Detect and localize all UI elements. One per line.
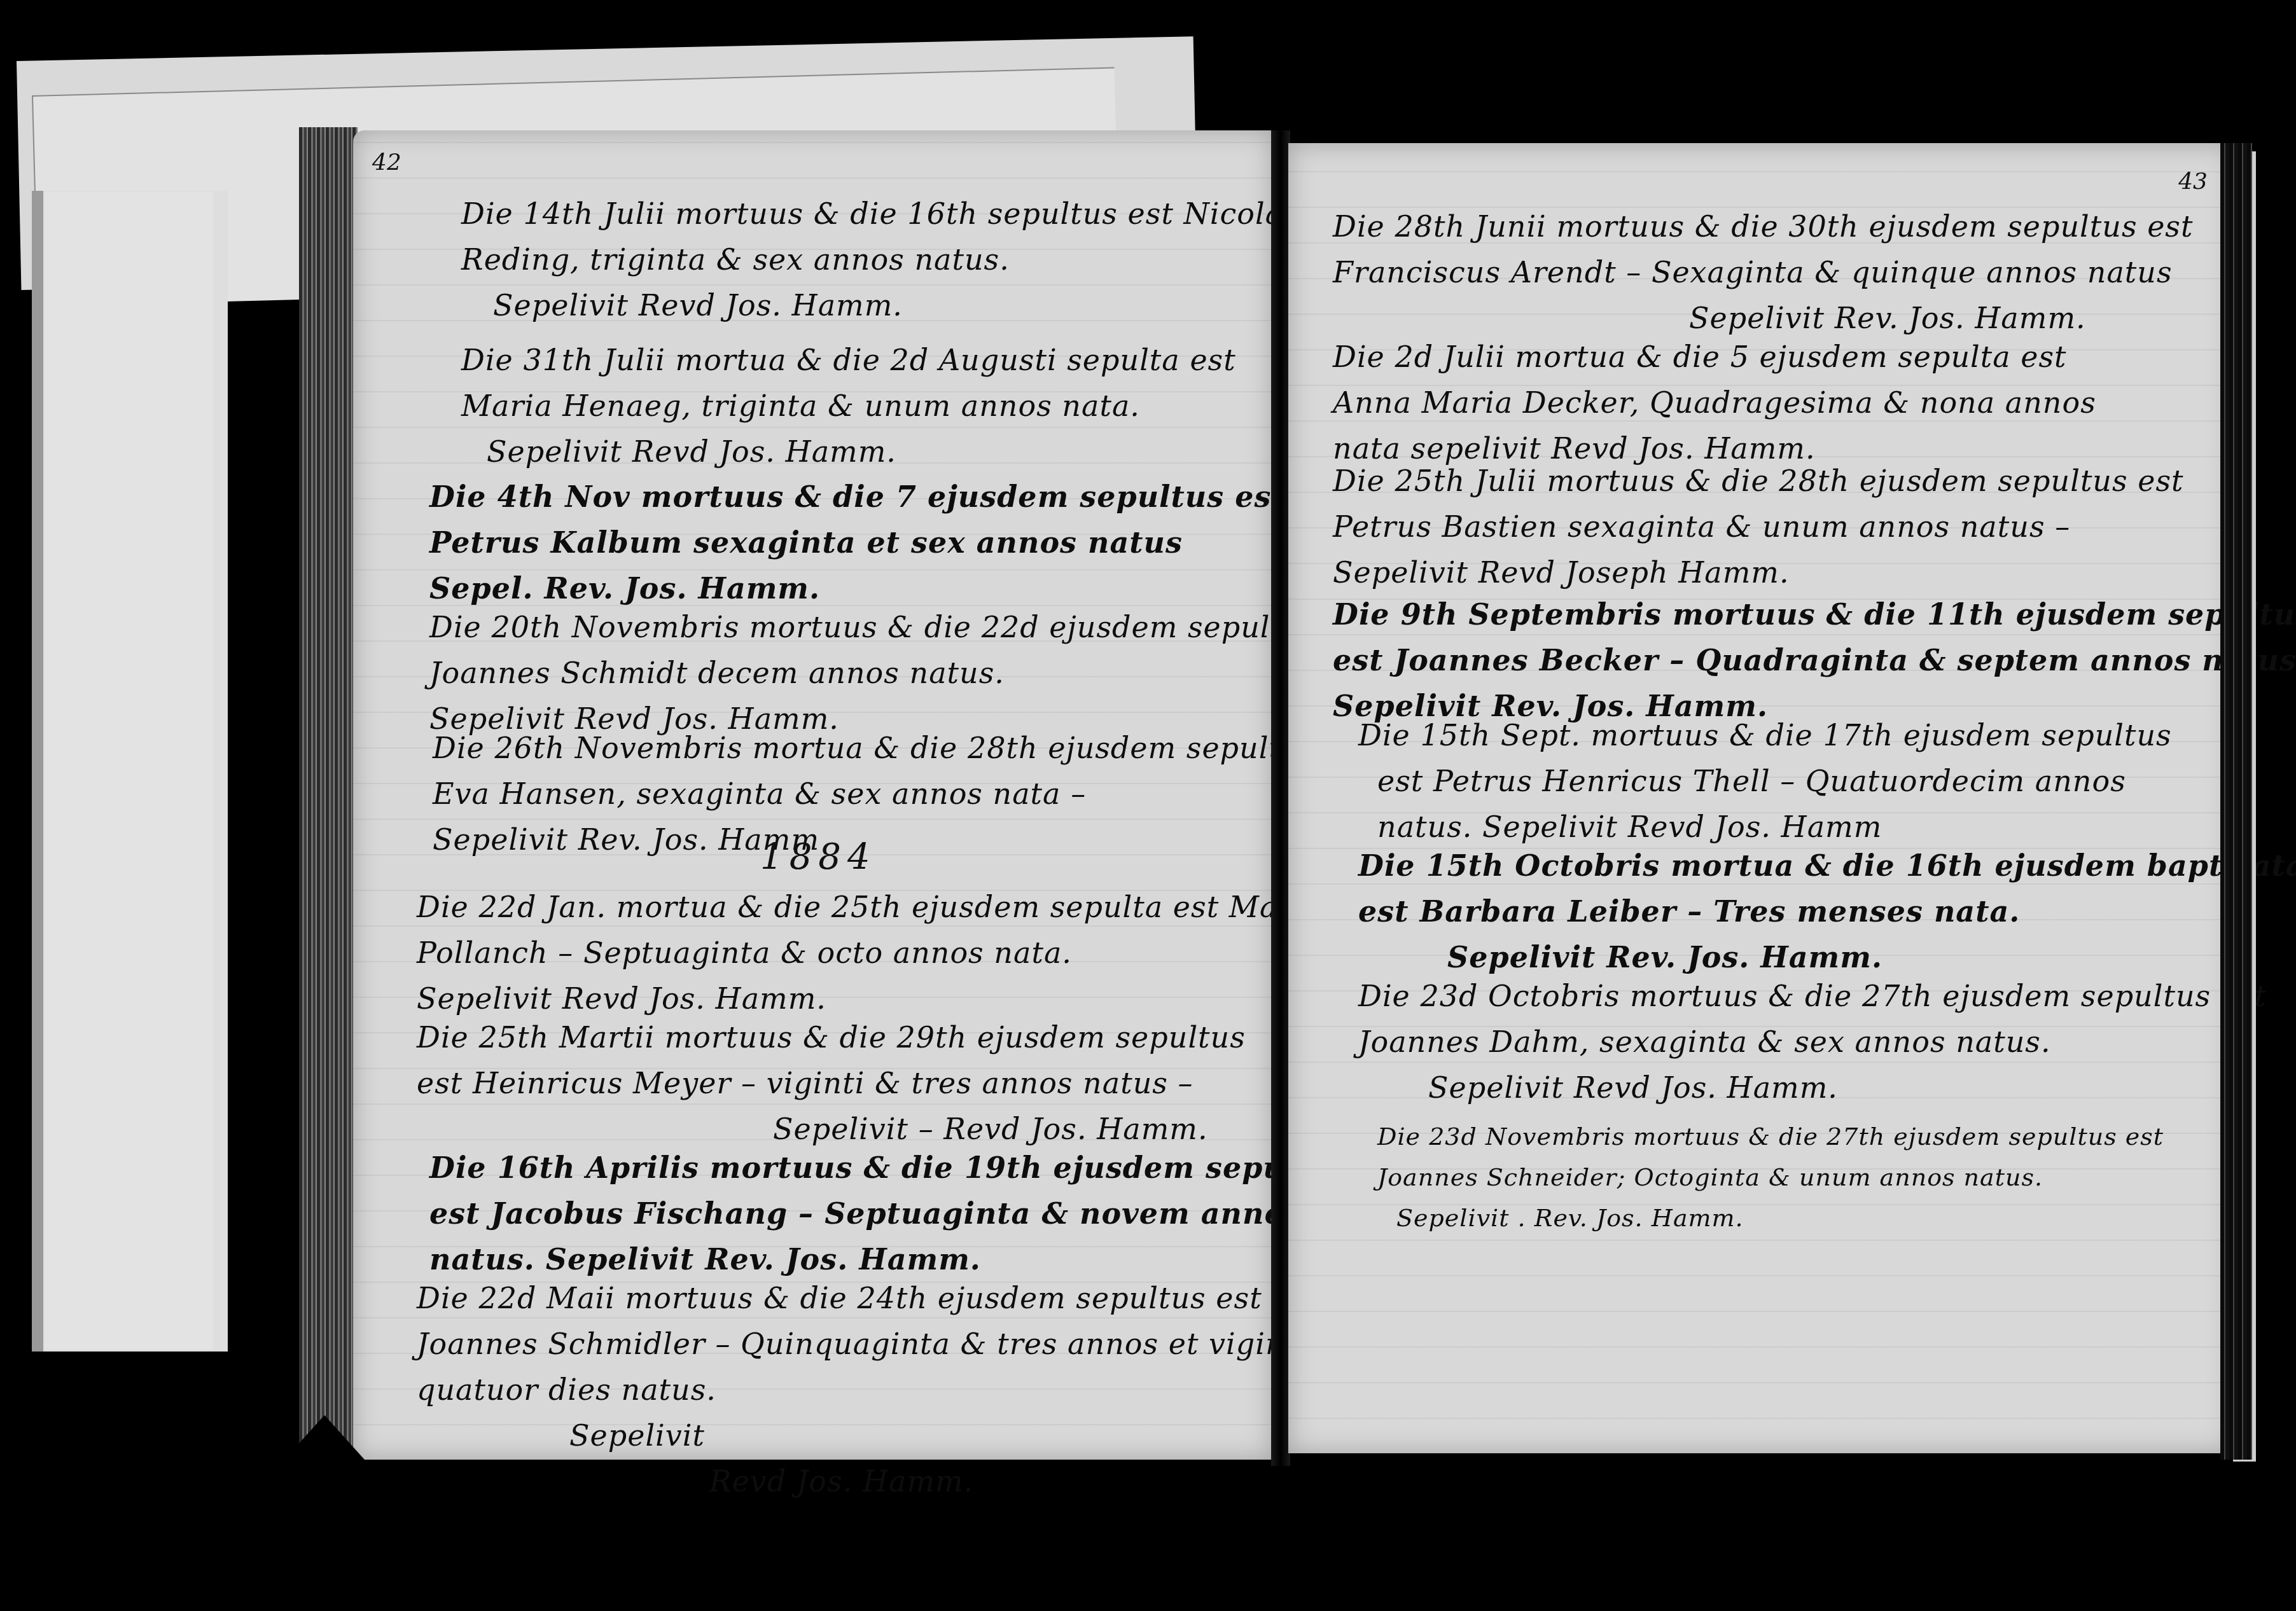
right-page: 43 Die 28th Junii mortuus & die 30th eju…	[1288, 143, 2233, 1453]
priest-signature: Sepelivit . Rev. Jos. Hamm.	[1377, 1198, 2164, 1238]
priest-signature-label: Sepelivit	[417, 1413, 1307, 1458]
entry-line: Die 25th Julii mortuus & die 28th ejusde…	[1333, 458, 2184, 504]
entry-line: Petrus Kalbum sexaginta et sex annos nat…	[429, 520, 1286, 565]
entry-line: Die 28th Junii mortuus & die 30th ejusde…	[1333, 204, 2193, 249]
page-number: 42	[372, 149, 401, 176]
register-entry: Die 22d Jan. mortua & die 25th ejusdem s…	[417, 884, 1412, 1021]
loose-insert-sheet-front	[45, 192, 213, 1350]
page-number: 43	[2178, 169, 2208, 195]
book-page-edges-left	[299, 127, 358, 1463]
entry-line: Reding, triginta & sex annos natus.	[461, 237, 1318, 282]
priest-signature: Sepelivit Revd Jos. Hamm.	[461, 282, 1318, 328]
entry-line: est Petrus Henricus Thell – Quatuordecim…	[1358, 758, 2172, 804]
entry-line: Die 9th Septembris mortuus & die 11th ej…	[1333, 591, 2296, 637]
register-entry: Die 25th Martii mortuus & die 29th ejusd…	[417, 1014, 1246, 1152]
entry-line: Joannes Schneider; Octoginta & unum anno…	[1377, 1157, 2164, 1198]
entry-line: Anna Maria Decker, Quadragesima & nona a…	[1333, 380, 2096, 425]
register-entry: Die 22d Maii mortuus & die 24th ejusdem …	[417, 1275, 1307, 1504]
priest-signature: Sepelivit Revd Joseph Hamm.	[1333, 550, 2184, 595]
entry-line: Petrus Bastien sexaginta & unum annos na…	[1333, 504, 2184, 550]
register-entry: Die 23d Octobris mortuus & die 27th ejus…	[1358, 973, 2267, 1110]
entry-line: est Heinricus Meyer – viginti & tres ann…	[417, 1060, 1246, 1106]
book-support-wedge	[267, 1415, 382, 1479]
register-entry: Die 9th Septembris mortuus & die 11th ej…	[1333, 591, 2296, 729]
register-entry: Die 2d Julii mortua & die 5 ejusdem sepu…	[1333, 334, 2096, 471]
entry-line: quatuor dies natus.	[417, 1367, 1307, 1413]
entry-line: Die 31th Julii mortua & die 2d Augusti s…	[461, 337, 1236, 383]
register-entry: Die 25th Julii mortuus & die 28th ejusde…	[1333, 458, 2184, 595]
entry-line: Die 25th Martii mortuus & die 29th ejusd…	[417, 1014, 1246, 1060]
entry-line: est Jacobus Fischang – Septuaginta & nov…	[429, 1191, 1350, 1236]
register-entry: Die 28th Junii mortuus & die 30th ejusde…	[1333, 204, 2193, 341]
entry-line: Die 15th Octobris mortua & die 16th ejus…	[1358, 843, 2296, 888]
year-heading: 1884	[760, 836, 877, 878]
entry-line: est Joannes Becker – Quadraginta & septe…	[1333, 637, 2296, 683]
entry-line: Die 16th Aprilis mortuus & die 19th ejus…	[429, 1145, 1350, 1191]
book-gutter	[1271, 130, 1290, 1466]
entry-line: Die 23d Octobris mortuus & die 27th ejus…	[1358, 973, 2267, 1019]
priest-signature: Revd Jos. Hamm.	[417, 1458, 1307, 1504]
register-entry: Die 14th Julii mortuus & die 16th sepult…	[461, 191, 1318, 328]
priest-signature: Sepelivit Revd Jos. Hamm.	[1358, 1065, 2267, 1110]
register-entry: Die 23d Novembris mortuus & die 27th eju…	[1377, 1116, 2164, 1238]
left-page: 42 Die 14th Julii mortuus & die 16th sep…	[353, 130, 1272, 1460]
register-entry: Die 31th Julii mortua & die 2d Augusti s…	[461, 337, 1236, 474]
priest-signature: Sepelivit Rev. Jos. Hamm	[433, 817, 1355, 862]
entry-line: Die 4th Nov mortuus & die 7 ejusdem sepu…	[429, 474, 1286, 520]
entry-line: Maria Henaeg, triginta & unum annos nata…	[461, 383, 1236, 429]
register-entry: Die 15th Octobris mortua & die 16th ejus…	[1358, 843, 2296, 980]
entry-line: Die 26th Novembris mortua & die 28th eju…	[433, 725, 1355, 771]
entry-line: Joannes Schmidler – Quinquaginta & tres …	[417, 1321, 1307, 1367]
entry-line: Die 15th Sept. mortuus & die 17th ejusde…	[1358, 712, 2172, 758]
register-entry: Die 20th Novembris mortuus & die 22d eju…	[429, 604, 1374, 742]
entry-line: Die 2d Julii mortua & die 5 ejusdem sepu…	[1333, 334, 2096, 380]
priest-signature: Sepelivit Revd Jos. Hamm.	[461, 429, 1236, 474]
entry-line: Franciscus Arendt – Sexaginta & quinque …	[1333, 249, 2193, 295]
register-entry: Die 16th Aprilis mortuus & die 19th ejus…	[429, 1145, 1350, 1282]
entry-line: Die 23d Novembris mortuus & die 27th eju…	[1377, 1116, 2164, 1157]
entry-line: Pollanch – Septuaginta & octo annos nata…	[417, 930, 1412, 976]
entry-line: est Barbara Leiber – Tres menses nata.	[1358, 888, 2296, 934]
register-entry: Die 26th Novembris mortua & die 28th eju…	[433, 725, 1355, 862]
entry-line: Joannes Schmidt decem annos natus.	[429, 650, 1374, 696]
book-page-edges-right	[2220, 143, 2252, 1460]
entry-line: Die 22d Maii mortuus & die 24th ejusdem …	[417, 1275, 1307, 1321]
register-entry: Die 4th Nov mortuus & die 7 ejusdem sepu…	[429, 474, 1286, 611]
entry-line: Eva Hansen, sexaginta & sex annos nata –	[433, 771, 1355, 817]
entry-line: Die 20th Novembris mortuus & die 22d eju…	[429, 604, 1374, 650]
entry-line: Die 22d Jan. mortua & die 25th ejusdem s…	[417, 884, 1412, 930]
register-entry: Die 15th Sept. mortuus & die 17th ejusde…	[1358, 712, 2172, 850]
entry-line: Joannes Dahm, sexaginta & sex annos natu…	[1358, 1019, 2267, 1065]
entry-line: Die 14th Julii mortuus & die 16th sepult…	[461, 191, 1318, 237]
